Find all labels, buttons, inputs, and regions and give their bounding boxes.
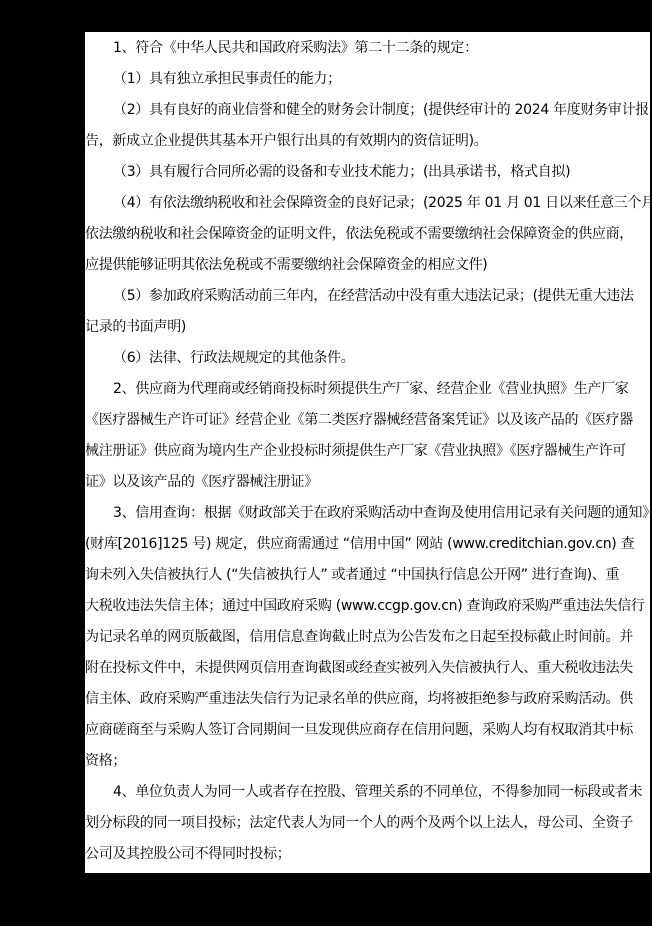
text-line: 大税收违法失信主体；通过中国政府采购 (www.ccgp.gov.cn) 查询政…: [85, 596, 645, 616]
text-line: （3）具有履行合同所必需的设备和专业技术能力；(出具承诺书，格式自拟): [113, 162, 570, 182]
text-line: 记录的书面声明): [85, 317, 186, 337]
text-line: (财库[2016]125 号) 规定，供应商需通过 “信用中国” 网站 (www…: [85, 534, 634, 554]
text-line: （6）法律、行政法规规定的其他条件。: [113, 348, 355, 368]
text-line: 1、符合《中华人民共和国政府采购法》第二十二条的规定：: [113, 38, 478, 58]
text-line: （4）有依法缴纳税收和社会保障资金的良好记录；(2025 年 01 月 01 日…: [113, 193, 650, 213]
text-line: 证》以及该产品的《医疗器械注册证》: [85, 472, 318, 492]
text-line: 械注册证》供应商为境内生产企业投标时须提供生产厂家《营业执照》《医疗器械生产许可: [85, 441, 626, 461]
text-line: 告，新成立企业提供其基本开户银行出具的有效期内的资信证明)。: [85, 131, 487, 151]
text-line: （1）具有独立承担民事责任的能力；: [113, 69, 341, 89]
text-line: 为记录名单的网页版截图，信用信息查询截止时点为公告发布之日起至投标截止时间前。并: [85, 627, 633, 647]
text-line: 应提供能够证明其依法免税或不需要缴纳社会保障资金的相应文件): [85, 255, 487, 275]
text-line: （5）参加政府采购活动前三年内，在经营活动中没有重大违法记录；(提供无重大违法: [113, 286, 634, 306]
text-line: 2、供应商为代理商或经销商投标时须提供生产厂家、经营企业《营业执照》生产厂家: [113, 379, 629, 399]
text-line: 3、信用查询：根据《财政部关于在政府采购活动中查询及使用信用记录有关问题的通知》: [113, 503, 650, 523]
text-line: （2）具有良好的商业信誉和健全的财务会计制度；(提供经审计的 2024 年度财务…: [113, 100, 649, 120]
text-line: 公司及其控股公司不得同时投标；: [85, 844, 291, 864]
text-line: 《医疗器械生产许可证》经营企业《第二类医疗器械经营备案凭证》以及该产品的《医疗器: [85, 410, 633, 430]
text-line: 依法缴纳税收和社会保障资金的证明文件，依法免税或不需要缴纳社会保障资金的供应商，: [85, 224, 633, 244]
text-line: 询未列入失信被执行人 (“失信被执行人” 或者通过 “中国执行信息公开网” 进行…: [85, 565, 619, 585]
text-line: 资格；: [85, 751, 126, 771]
text-line: 划分标段的同一项目投标；法定代表人为同一个人的两个及两个以上法人，母公司、全资子: [85, 813, 633, 833]
document-page: 1、符合《中华人民共和国政府采购法》第二十二条的规定：（1）具有独立承担民事责任…: [85, 32, 650, 873]
text-line: 附在投标文件中，未提供网页信用查询截图或经查实被列入失信被执行人、重大税收违法失: [85, 658, 633, 678]
text-line: 4、单位负责人为同一人或者存在控股、管理关系的不同单位，不得参加同一标段或者未: [113, 782, 642, 802]
text-line: 应商磋商至与采购人签订合同期间一旦发现供应商存在信用问题，采购人均有权取消其中标: [85, 720, 633, 740]
text-line: 信主体、政府采购严重违法失信行为记录名单的供应商，均将被拒绝参与政府采购活动。供: [85, 689, 633, 709]
